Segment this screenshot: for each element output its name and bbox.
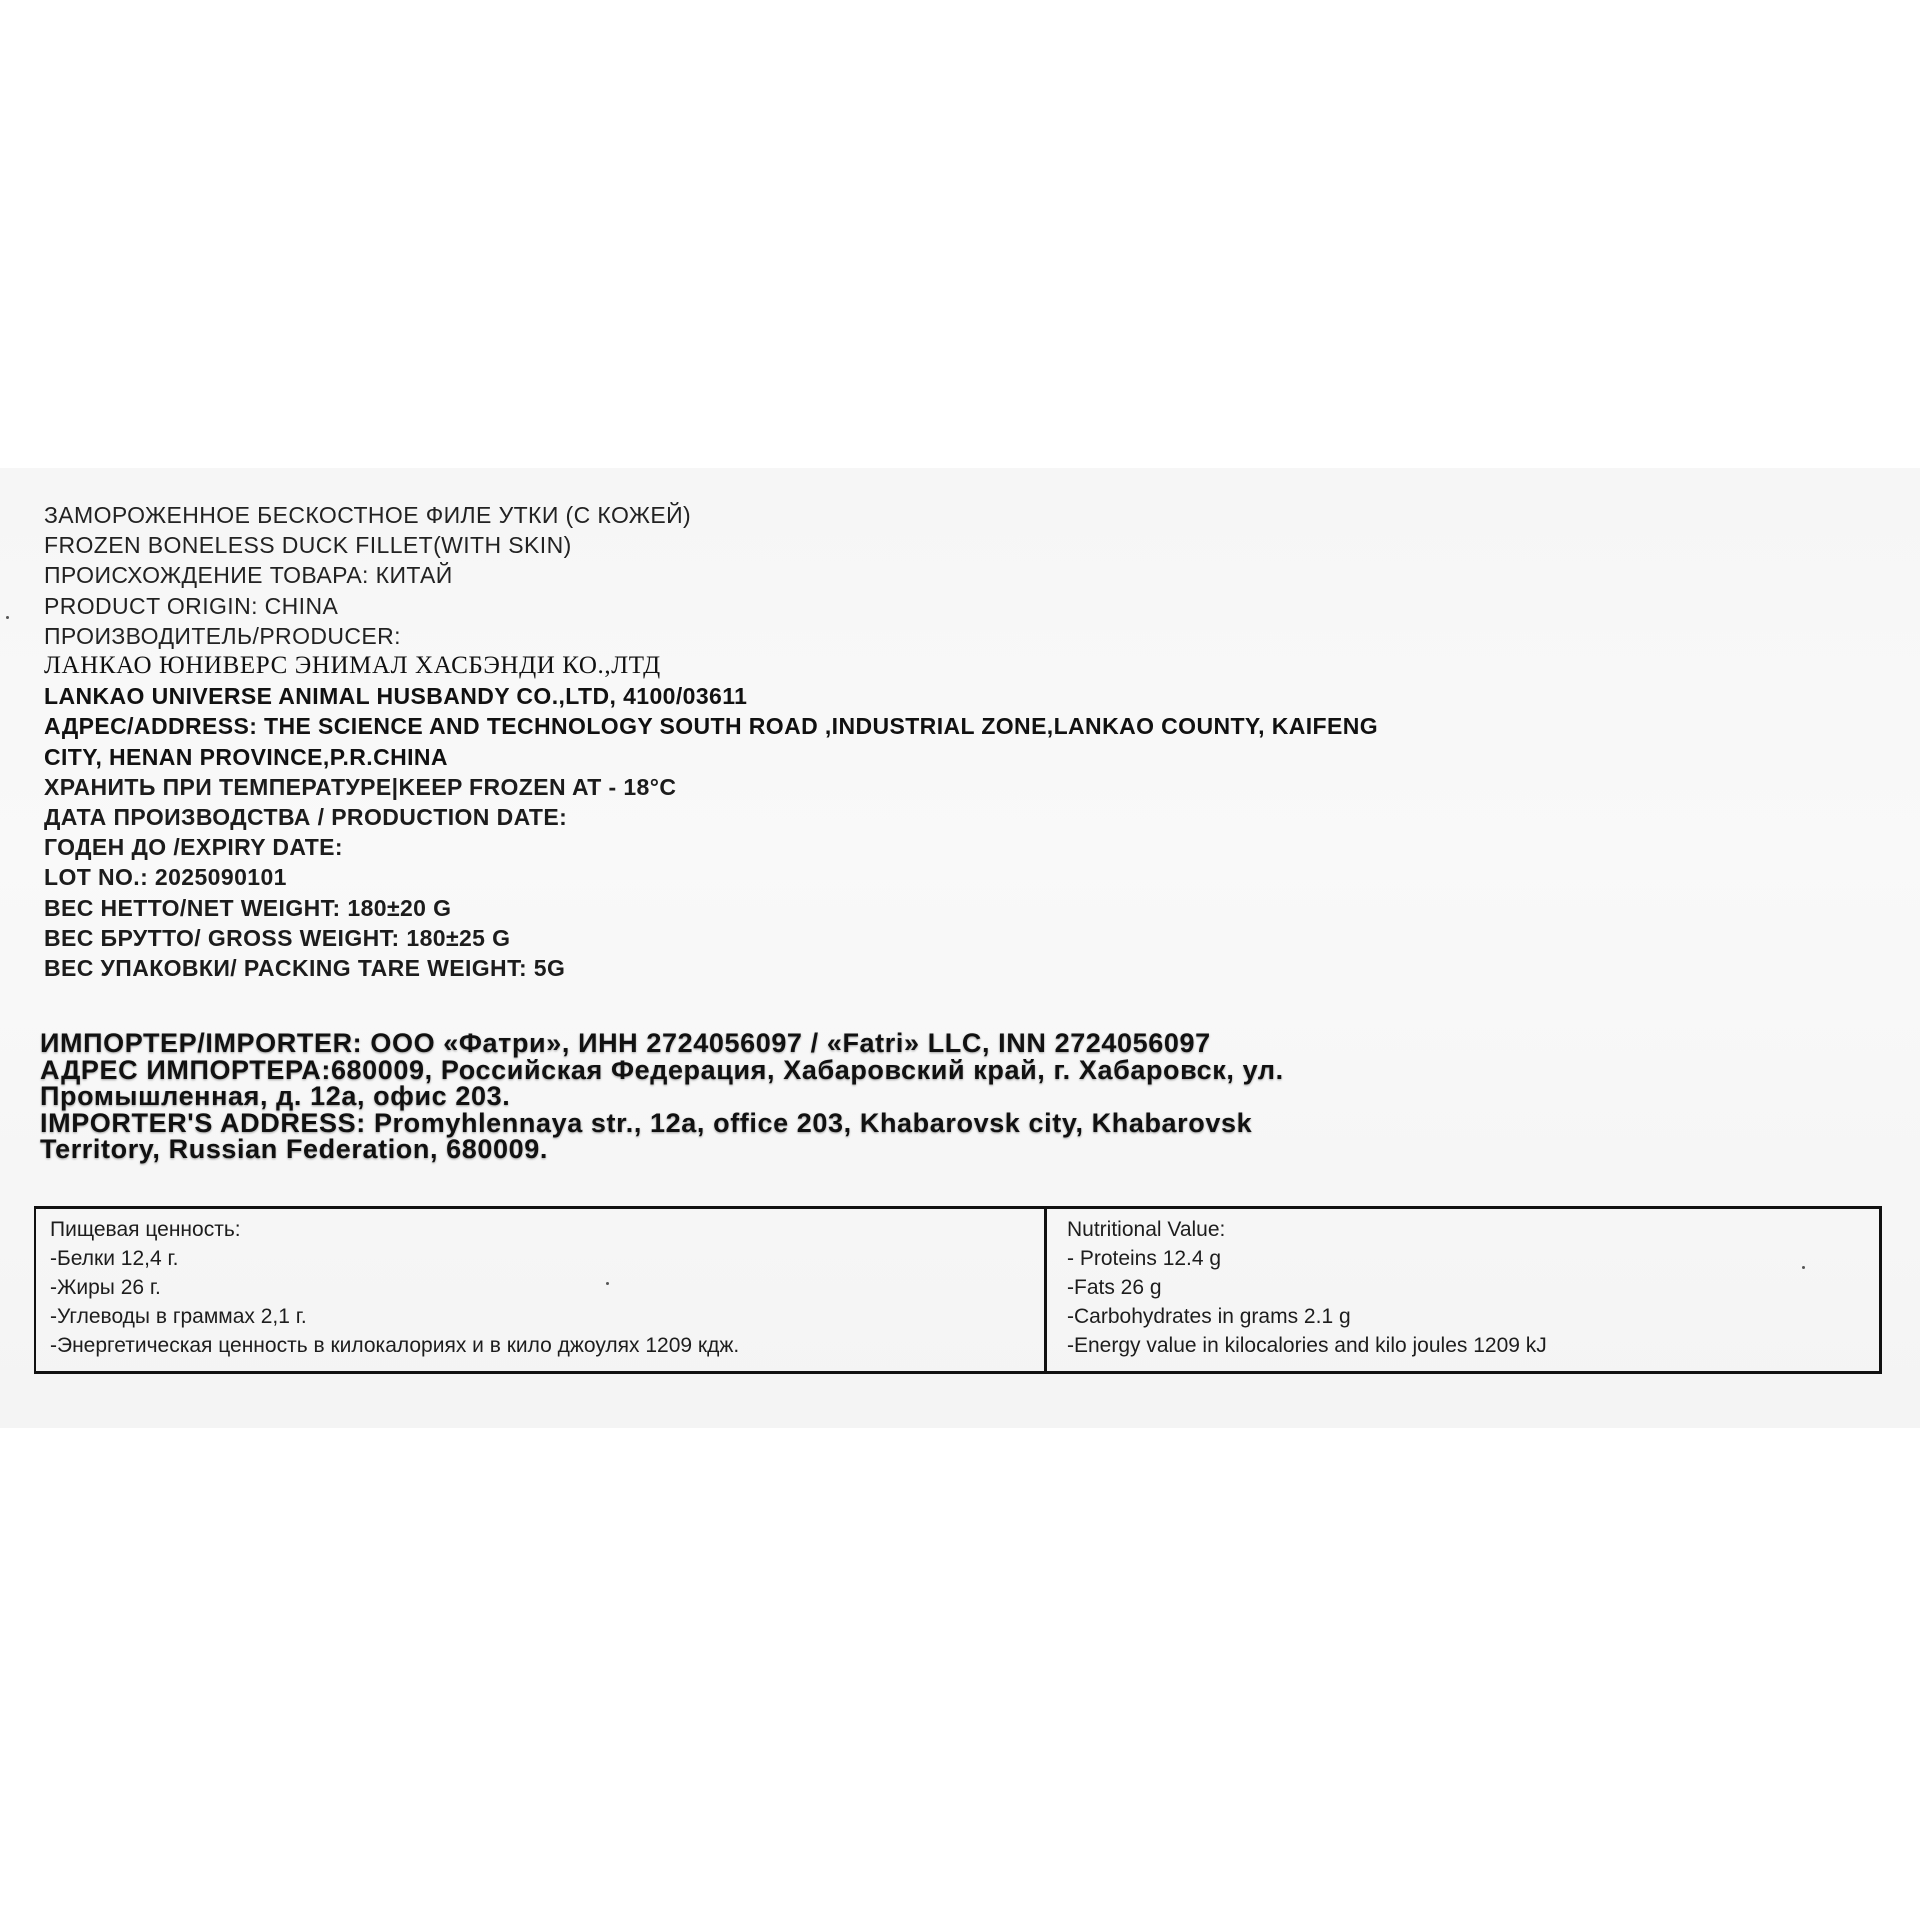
producer-name-ru: ЛАНКАО ЮНИВЕРС ЭНИМАЛ ХАСБЭНДИ КО.,ЛТД bbox=[44, 651, 1378, 681]
print-speck bbox=[1802, 1266, 1805, 1269]
product-origin-ru: ПРОИСХОЖДЕНИЕ ТОВАРА: КИТАЙ bbox=[44, 560, 1378, 590]
nutrition-item-ru-proteins: -Белки 12,4 г. bbox=[50, 1244, 1044, 1273]
nutrition-item-ru-fats: -Жиры 26 г. bbox=[50, 1273, 1044, 1302]
nutrition-item-ru-carbs: -Углеводы в граммах 2,1 г. bbox=[50, 1302, 1044, 1331]
nutrition-item-en-energy: -Energy value in kilocalories and kilo j… bbox=[1067, 1331, 1879, 1360]
product-info-block: ЗАМОРОЖЕННОЕ БЕСКОСТНОЕ ФИЛЕ УТКИ (С КОЖ… bbox=[44, 500, 1378, 983]
importer-name: ИМПОРТЕР/IMPORTER: ООО «Фатри», ИНН 2724… bbox=[40, 1030, 1284, 1057]
importer-address-en-line2: Territory, Russian Federation, 680009. bbox=[40, 1136, 1284, 1163]
nutrition-table: Пищевая ценность: -Белки 12,4 г. -Жиры 2… bbox=[34, 1206, 1882, 1374]
print-speck bbox=[6, 616, 9, 619]
net-weight: ВЕС НЕТТО/NET WEIGHT: 180±20 G bbox=[44, 893, 1378, 923]
tare-weight: ВЕС УПАКОВКИ/ PACKING TARE WEIGHT: 5G bbox=[44, 953, 1378, 983]
importer-address-en-line1: IMPORTER'S ADDRESS: Promyhlennaya str., … bbox=[40, 1110, 1284, 1137]
storage-conditions: ХРАНИТЬ ПРИ ТЕМПЕРАТУРЕ|KEEP FROZEN AT -… bbox=[44, 772, 1378, 802]
nutrition-title-en: Nutritional Value: bbox=[1067, 1215, 1879, 1244]
nutrition-cell-ru: Пищевая ценность: -Белки 12,4 г. -Жиры 2… bbox=[36, 1209, 1047, 1371]
producer-label: ПРОИЗВОДИТЕЛЬ/PRODUCER: bbox=[44, 621, 1378, 651]
nutrition-cell-en: Nutritional Value: - Proteins 12.4 g -Fa… bbox=[1047, 1209, 1879, 1371]
lot-number: LOT NO.: 2025090101 bbox=[44, 862, 1378, 892]
print-speck bbox=[606, 1282, 609, 1285]
nutrition-item-en-carbs: -Carbohydrates in grams 2.1 g bbox=[1067, 1302, 1879, 1331]
product-origin-en: PRODUCT ORIGIN: CHINA bbox=[44, 591, 1378, 621]
importer-address-ru-line1: АДРЕС ИМПОРТЕРА:680009, Российская Федер… bbox=[40, 1057, 1284, 1084]
product-name-ru: ЗАМОРОЖЕННОЕ БЕСКОСТНОЕ ФИЛЕ УТКИ (С КОЖ… bbox=[44, 500, 1378, 530]
expiry-date: ГОДЕН ДО /EXPIRY DATE: bbox=[44, 832, 1378, 862]
nutrition-item-ru-energy: -Энергетическая ценность в килокалориях … bbox=[50, 1331, 1044, 1360]
producer-address-line1: АДРЕС/ADDRESS: THE SCIENCE AND TECHNOLOG… bbox=[44, 711, 1378, 741]
nutrition-title-ru: Пищевая ценность: bbox=[50, 1215, 1044, 1244]
producer-name-en: LANKAO UNIVERSE ANIMAL HUSBANDY CO.,LTD,… bbox=[44, 681, 1378, 711]
importer-address-ru-line2: Промышленная, д. 12а, офис 203. bbox=[40, 1083, 1284, 1110]
producer-address-line2: CITY, HENAN PROVINCE,P.R.CHINA bbox=[44, 742, 1378, 772]
importer-info-block: ИМПОРТЕР/IMPORTER: ООО «Фатри», ИНН 2724… bbox=[40, 1030, 1284, 1163]
product-name-en: FROZEN BONELESS DUCK FILLET(WITH SKIN) bbox=[44, 530, 1378, 560]
nutrition-item-en-fats: -Fats 26 g bbox=[1067, 1273, 1879, 1302]
gross-weight: ВЕС БРУТТО/ GROSS WEIGHT: 180±25 G bbox=[44, 923, 1378, 953]
production-date: ДАТА ПРОИЗВОДСТВА / PRODUCTION DATE: bbox=[44, 802, 1378, 832]
nutrition-item-en-proteins: - Proteins 12.4 g bbox=[1067, 1244, 1879, 1273]
